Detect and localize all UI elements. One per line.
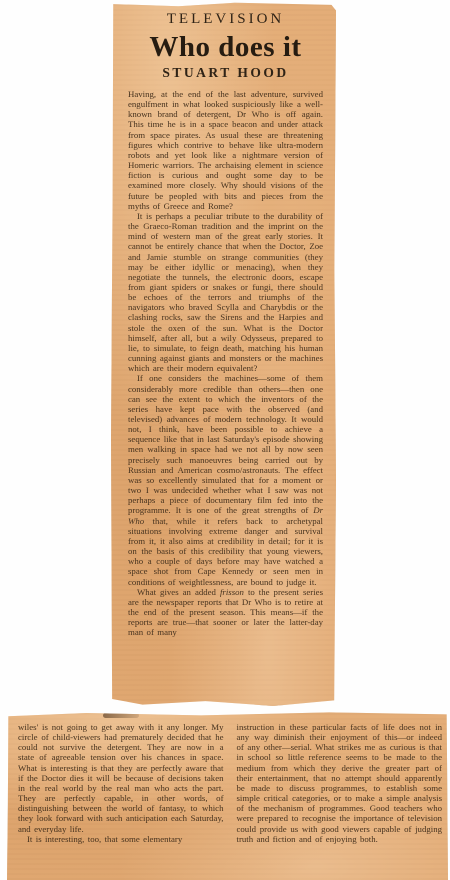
article-paragraph: instruction in these particular facts of…: [237, 722, 443, 844]
scanned-page: TELEVISION Who does it STUART HOOD Havin…: [0, 0, 450, 880]
continuation-columns: wiles' is not going to get away with it …: [18, 722, 442, 844]
article-paragraph: What gives an added frisson to the prese…: [128, 587, 323, 638]
article-paragraph: wiles' is not going to get away with it …: [18, 722, 224, 834]
article-byline: STUART HOOD: [128, 65, 323, 81]
left-column: wiles' is not going to get away with it …: [18, 722, 224, 844]
italic-word: frisson: [220, 587, 244, 597]
article-body: Having, at the end of the last adventure…: [128, 89, 323, 637]
section-label: TELEVISION: [128, 11, 323, 28]
article-paragraph: It is interesting, too, that some elemen…: [18, 834, 224, 844]
article-paragraph: It is perhaps a peculiar tribute to the …: [128, 211, 323, 374]
right-column: instruction in these particular facts of…: [237, 722, 443, 844]
newspaper-clipping-bottom: wiles' is not going to get away with it …: [7, 712, 448, 880]
article-headline: Who does it: [128, 31, 323, 64]
ink-smudge: [103, 713, 139, 718]
article-paragraph: If one considers the machines—some of th…: [128, 373, 323, 586]
article-paragraph: Having, at the end of the last adventure…: [128, 89, 323, 211]
newspaper-clipping-top: TELEVISION Who does it STUART HOOD Havin…: [111, 2, 336, 706]
